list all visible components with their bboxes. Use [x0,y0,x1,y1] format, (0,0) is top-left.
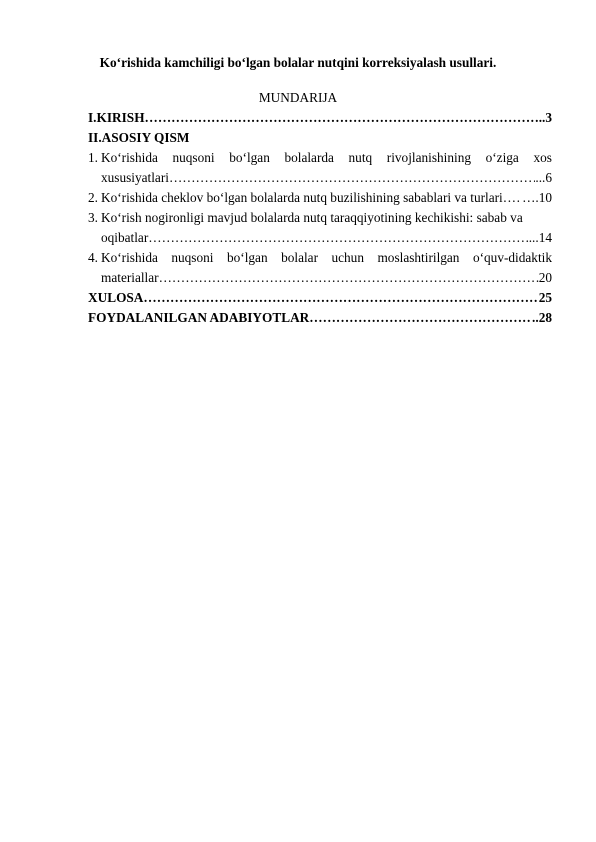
toc-entry-intro[interactable]: I.KIRISH ..3 [88,108,552,128]
toc-number: 1. [88,148,101,168]
toc-entry-item2[interactable]: 2. Ko‘rishida cheklov bo‘lgan bolalarda … [88,188,552,208]
toc-word: nutq [349,148,373,168]
toc-entry-main[interactable]: II.ASOSIY QISM [88,128,552,148]
toc-word: bo‘lgan [229,148,270,168]
dot-leader [503,188,522,208]
toc-page: ..28 [532,308,552,328]
toc-word: nuqsoni [171,248,213,268]
toc-page: ...6 [535,168,552,188]
toc-label: I.KIRISH [88,108,145,128]
toc-label: FOYDALANILGAN ADABIYOTLAR [88,308,309,328]
toc-page: ...14 [529,228,552,248]
toc-entry-conclusion[interactable]: XULOSA 25 [88,288,552,308]
dot-leader [159,268,539,288]
toc-word: nuqsoni [172,148,214,168]
toc-entry-item3[interactable]: 3. Ko‘rish nogironligi mavjud bolalarda … [88,208,552,248]
toc-line: 3. Ko‘rish nogironligi mavjud bolalarda … [88,208,552,228]
toc-label: xususiyatlari [101,168,169,188]
toc-word: 1.Ko‘rishida [88,148,158,168]
toc-label: II.ASOSIY QISM [88,128,189,148]
dot-leader [145,108,539,128]
toc-page: ..3 [539,108,552,128]
toc-entry-references[interactable]: FOYDALANILGAN ADABIYOTLAR ..28 [88,308,552,328]
toc-word: 4.Ko‘rishida [88,248,158,268]
toc-heading: MUNDARIJA [0,90,596,106]
toc-word: bo‘lgan [227,248,268,268]
toc-label: Ko‘rish nogironligi mavjud bolalarda nut… [101,208,523,228]
toc-entry-item4[interactable]: 4.Ko‘rishidanuqsonibo‘lganbolalaruchunmo… [88,248,552,288]
toc-line: materiallar 20 [88,268,552,288]
toc-line: 4.Ko‘rishidanuqsonibo‘lganbolalaruchunmo… [88,248,552,268]
dot-leader [169,168,535,188]
table-of-contents: I.KIRISH ..3 II.ASOSIY QISM 1.Ko‘rishida… [88,108,552,328]
toc-line: oqibatlar ...14 [88,228,552,248]
toc-word: uchun [331,248,364,268]
toc-word: o‘ziga [486,148,519,168]
toc-page: ….10 [522,188,552,208]
toc-line: xususiyatlari ...6 [88,168,552,188]
toc-number: 4. [88,248,101,268]
toc-word: moslashtirilgan [377,248,459,268]
toc-number: 2. [88,188,101,208]
toc-label: oqibatlar [101,228,148,248]
dot-leader [143,288,538,308]
dot-leader [309,308,532,328]
toc-word: rivojlanishining [387,148,471,168]
toc-word: bolalarda [284,148,333,168]
toc-page: 20 [539,268,552,288]
toc-number: 3. [88,208,101,228]
toc-label: Ko‘rishida cheklov bo‘lgan bolalarda nut… [101,188,503,208]
dot-leader [148,228,528,248]
toc-label: XULOSA [88,288,143,308]
toc-page: 25 [539,288,552,308]
toc-entry-item1[interactable]: 1.Ko‘rishidanuqsonibo‘lganbolalardanutqr… [88,148,552,188]
document-title: Ko‘rishida kamchiligi bo‘lgan bolalar nu… [0,55,596,71]
toc-label: materiallar [101,268,159,288]
toc-word: xos [533,148,551,168]
toc-word: bolalar [281,248,318,268]
toc-word: o‘quv-didaktik [473,248,552,268]
toc-line: 1.Ko‘rishidanuqsonibo‘lganbolalardanutqr… [88,148,552,168]
